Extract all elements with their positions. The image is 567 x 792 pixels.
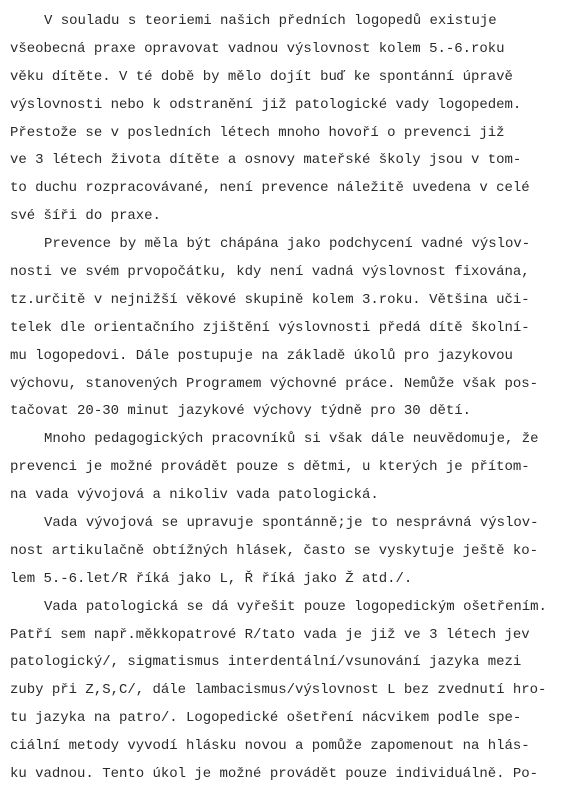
- text-line: své šíři do praxe.: [10, 203, 567, 231]
- text-line: Vada patologická se dá vyřešit pouze log…: [10, 594, 567, 622]
- text-line: tu jazyka na patro/. Logopedické ošetřen…: [10, 705, 567, 733]
- text-line: nosti ve svém prvopočátku, kdy není vadn…: [10, 259, 567, 287]
- text-line: telek dle orientačního zjištění výslovno…: [10, 315, 567, 343]
- text-line: Vada vývojová se upravuje spontánně;je t…: [10, 510, 567, 538]
- text-line: mu logopedovi. Dále postupuje na základě…: [10, 343, 567, 371]
- text-line: tačovat 20-30 minut jazykové výchovy týd…: [10, 398, 567, 426]
- text-line: tz.určitě v nejnižší věkové skupině kole…: [10, 287, 567, 315]
- text-line: nost artikulačně obtížných hlásek, často…: [10, 538, 567, 566]
- text-line: to duchu rozpracovávané, není prevence n…: [10, 175, 567, 203]
- text-line: ciální metody vyvodí hlásku novou a pomů…: [10, 733, 567, 761]
- text-line: výslovnosti nebo k odstranění již patolo…: [10, 92, 567, 120]
- text-line: lem 5.-6.let/R říká jako L, Ř říká jako …: [10, 566, 567, 594]
- text-line: věku dítěte. V té době by mělo dojít buď…: [10, 64, 567, 92]
- paragraph-2: Prevence by měla být chápána jako podchy…: [10, 231, 567, 426]
- paragraph-4: Vada vývojová se upravuje spontánně;je t…: [10, 510, 567, 594]
- typewritten-page: V souladu s teoriemi našich předních log…: [10, 8, 567, 789]
- text-line: všeobecná praxe opravovat vadnou výslovn…: [10, 36, 567, 64]
- text-line: prevenci je možné provádět pouze s dětmi…: [10, 454, 567, 482]
- text-line: ve 3 létech života dítěte a osnovy mateř…: [10, 147, 567, 175]
- paragraph-5: Vada patologická se dá vyřešit pouze log…: [10, 594, 567, 789]
- text-line: Prevence by měla být chápána jako podchy…: [10, 231, 567, 259]
- text-line: Patří sem např.měkkopatrové R/tato vada …: [10, 622, 567, 650]
- text-line: V souladu s teoriemi našich předních log…: [10, 8, 567, 36]
- text-line: patologický/, sigmatismus interdentální/…: [10, 649, 567, 677]
- text-line: na vada vývojová a nikoliv vada patologi…: [10, 482, 567, 510]
- paragraph-1: V souladu s teoriemi našich předních log…: [10, 8, 567, 231]
- text-line: ku vadnou. Tento úkol je možné provádět …: [10, 761, 567, 789]
- text-line: zuby při Z,S,C/, dále lambacismus/výslov…: [10, 677, 567, 705]
- text-line: Přestože se v posledních létech mnoho ho…: [10, 120, 567, 148]
- text-line: výchovu, stanovených Programem výchovné …: [10, 371, 567, 399]
- paragraph-3: Mnoho pedagogických pracovníků si však d…: [10, 426, 567, 510]
- text-line: Mnoho pedagogických pracovníků si však d…: [10, 426, 567, 454]
